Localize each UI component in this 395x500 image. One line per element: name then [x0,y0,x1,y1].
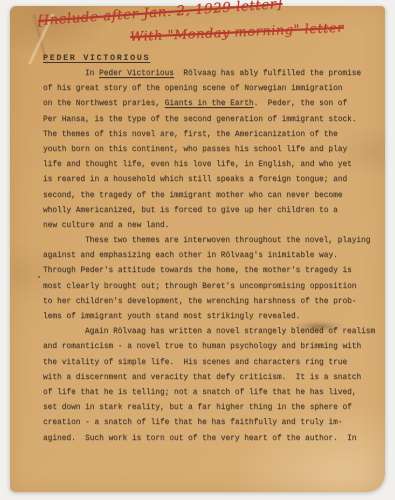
document-line: Again Rölvaag has written a novel strang… [43,325,377,340]
document-line: the vitality of simple life. His scenes … [43,356,377,371]
line-text: . Peder, the son of [254,100,348,108]
document-line: In Peder Victorious Rölvaag has ably ful… [43,67,377,82]
document-line: against and emphasizing each other in Rö… [43,249,377,264]
document-line: lems of immigrant youth stand most strik… [43,310,377,325]
underlined-phrase-peder-victorious: Peder Victorious [99,70,174,78]
paper-speck [38,276,40,278]
document-line: set down in stark reality, but a far hig… [43,401,377,416]
document-line: of life that he is telling; not a snatch… [43,386,377,401]
document-line: agined. Such work is torn out of the ver… [43,432,377,447]
document-line: and romanticism - a novel true to human … [43,340,377,355]
document-line: new culture and a new land. [43,219,377,234]
document-line: to her children's development, the wrenc… [43,295,377,310]
manuscript-page: PEDER VICTORIOUS In Peder Victorious Röl… [10,6,385,492]
document-line: Through Peder's attitude towards the hom… [43,264,377,279]
document-line: creation - a snatch of life that he has … [43,416,377,431]
scan-background: { "annotations": { "note1": "[Include af… [0,0,395,500]
paragraph-3: Again Rölvaag has written a novel strang… [43,325,377,447]
document-line: second, the tragedy of the immigrant mot… [43,189,377,204]
document-line: of his great story of the opening scene … [43,82,377,97]
document-line: These two themes are interwoven througho… [43,234,377,249]
document-line: most clearly brought out; through Beret'… [43,280,377,295]
typewritten-text: In Peder Victorious Rölvaag has ably ful… [43,67,377,447]
line-text: In [85,70,99,78]
paragraph-2: These two themes are interwoven througho… [43,234,377,325]
document-line: Per Hansa, is the type of the second gen… [43,113,377,128]
paragraph-1: In Peder Victorious Rölvaag has ably ful… [43,67,377,234]
document-line: wholly Americanized, but is forced to gi… [43,204,377,219]
document-line: youth born on this continent, who passes… [43,143,377,158]
document-line: on the Northwest praries, Giants in the … [43,97,377,112]
line-text: on the Northwest praries, [43,100,165,108]
line-text: Rölvaag has ably fulfilled the promise [174,70,361,78]
document-line: life and thought life, even his love lif… [43,158,377,173]
document-line: is reared in a household which still spe… [43,173,377,188]
document-title: PEDER VICTORIOUS [43,53,150,63]
underlined-phrase-giants-in-the-earth: Giants in the Earth [165,100,254,108]
document-line: with a discernment and veracity that def… [43,371,377,386]
document-line: The themes of this novel are, first, the… [43,128,377,143]
